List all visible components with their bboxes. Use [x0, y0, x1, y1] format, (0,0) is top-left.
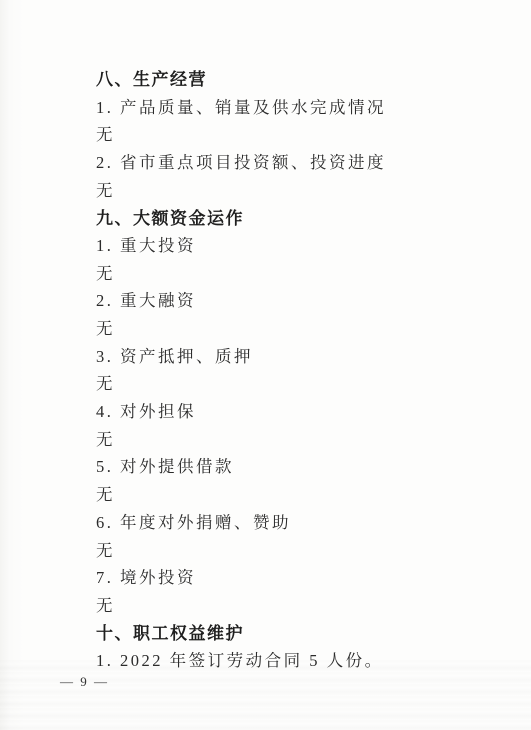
- list-item: 1. 产品质量、销量及供水完成情况: [96, 92, 496, 120]
- list-item: 6. 年度对外捐赠、赞助: [96, 507, 496, 535]
- document-page: 八、生产经营 1. 产品质量、销量及供水完成情况 无 2. 省市重点项目投资额、…: [0, 0, 531, 730]
- answer-none: 无: [96, 424, 496, 452]
- answer-none: 无: [96, 369, 496, 397]
- answer-none: 无: [96, 479, 496, 507]
- answer-none: 无: [96, 535, 496, 563]
- section-heading-production: 八、生产经营: [96, 64, 496, 92]
- document-body: 八、生产经营 1. 产品质量、销量及供水完成情况 无 2. 省市重点项目投资额、…: [96, 64, 496, 673]
- section-heading-funds: 九、大额资金运作: [96, 202, 496, 230]
- answer-none: 无: [96, 175, 496, 203]
- list-item: 5. 对外提供借款: [96, 452, 496, 480]
- answer-none: 无: [96, 258, 496, 286]
- list-item: 1. 2022 年签订劳动合同 5 人份。: [96, 645, 496, 673]
- answer-none: 无: [96, 119, 496, 147]
- list-item: 2. 省市重点项目投资额、投资进度: [96, 147, 496, 175]
- list-item: 4. 对外担保: [96, 396, 496, 424]
- answer-none: 无: [96, 590, 496, 618]
- list-item: 3. 资产抵押、质押: [96, 341, 496, 369]
- answer-none: 无: [96, 313, 496, 341]
- list-item: 2. 重大融资: [96, 286, 496, 314]
- list-item: 1. 重大投资: [96, 230, 496, 258]
- page-number: — 9 —: [60, 674, 109, 690]
- section-heading-employee-rights: 十、职工权益维护: [96, 618, 496, 646]
- list-item: 7. 境外投资: [96, 562, 496, 590]
